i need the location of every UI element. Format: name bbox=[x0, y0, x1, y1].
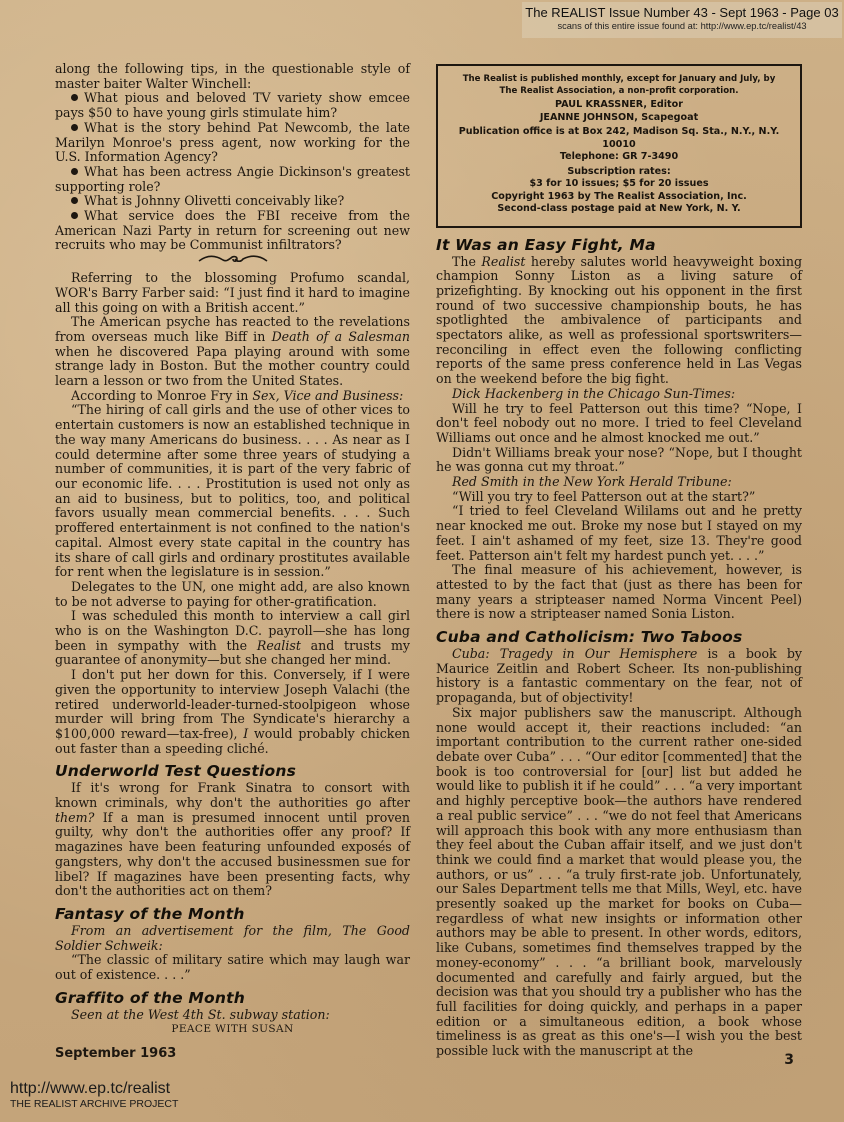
quote-paragraph: “The hiring of call girls and the use of… bbox=[55, 403, 410, 579]
bullet-icon bbox=[71, 94, 78, 101]
page-number: 3 bbox=[784, 1052, 794, 1068]
fantasy-intro: From an advertisement for the film, The … bbox=[55, 924, 410, 953]
valachi-paragraph: I don't put her down for this. Conversel… bbox=[55, 668, 410, 756]
graffito-heading: Graffito of the Month bbox=[55, 989, 410, 1007]
tip-item: What service does the FBI receive from t… bbox=[55, 209, 410, 253]
graffito-intro: Seen at the West 4th St. subway station: bbox=[55, 1008, 410, 1023]
fight-conclusion: The final measure of his achievement, ho… bbox=[436, 563, 802, 622]
call-girl-paragraph: I was scheduled this month to interview … bbox=[55, 609, 410, 668]
masthead-box: The Realist is published monthly, except… bbox=[436, 64, 802, 228]
copyright: Copyright 1963 by The Realist Associatio… bbox=[444, 191, 794, 204]
quote-paragraph: “I tried to feel Cleveland Wililams out … bbox=[436, 504, 802, 563]
scapegoat-credit: JEANNE JOHNSON, Scapegoat bbox=[444, 112, 794, 125]
quote-paragraph: Didn't Williams break your nose? “Nope, … bbox=[436, 446, 802, 475]
underworld-heading: Underworld Test Questions bbox=[55, 762, 410, 780]
quote-paragraph: “Will you try to feel Patterson out at t… bbox=[436, 490, 802, 505]
fantasy-quote: “The classic of military satire which ma… bbox=[55, 953, 410, 982]
delegates-paragraph: Delegates to the UN, one might add, are … bbox=[55, 580, 410, 609]
underworld-paragraph: If it's wrong for Frank Sinatra to conso… bbox=[55, 781, 410, 899]
source-red-smith: Red Smith in the New York Herald Tribune… bbox=[436, 475, 802, 490]
ornament-divider-icon bbox=[55, 253, 410, 269]
intro-text: along the following tips, in the questio… bbox=[55, 62, 410, 91]
monroe-fry-paragraph: According to Monroe Fry in Sex, Vice and… bbox=[55, 389, 410, 404]
banner-title: The REALIST Issue Number 43 - Sept 1963 … bbox=[522, 5, 842, 20]
bullet-icon bbox=[71, 212, 78, 219]
source-hackenberg: Dick Hackenberg in the Chicago Sun-Times… bbox=[436, 387, 802, 402]
postage: Second-class postage paid at New York, N… bbox=[444, 203, 794, 216]
archive-banner: The REALIST Issue Number 43 - Sept 1963 … bbox=[522, 2, 842, 38]
editor-credit: PAUL KRASSNER, Editor bbox=[444, 99, 794, 112]
fantasy-heading: Fantasy of the Month bbox=[55, 905, 410, 923]
office-address: Publication office is at Box 242, Madiso… bbox=[444, 126, 794, 151]
rates: $3 for 10 issues; $5 for 20 issues bbox=[444, 178, 794, 191]
banner-subtitle: scans of this entire issue found at: htt… bbox=[522, 20, 842, 32]
archive-url-link[interactable]: http://www.ep.tc/realist bbox=[10, 1080, 178, 1098]
tip-item: What pious and beloved TV variety show e… bbox=[55, 91, 410, 120]
cuba-paragraph: Cuba: Tragedy in Our Hemisphere is a boo… bbox=[436, 647, 802, 706]
tip-item: What has been actress Angie Dickinson's … bbox=[55, 165, 410, 194]
archive-footer: http://www.ep.tc/realist THE REALIST ARC… bbox=[10, 1080, 178, 1111]
bullet-icon bbox=[71, 197, 78, 204]
graffito-text: PEACE WITH SUSAN bbox=[55, 1022, 410, 1037]
issue-date: September 1963 bbox=[55, 1046, 176, 1061]
tip-item: What is Johnny Olivetti conceivably like… bbox=[55, 194, 410, 209]
fight-heading: It Was an Easy Fight, Ma bbox=[436, 236, 802, 254]
rates-label: Subscription rates: bbox=[444, 166, 794, 179]
masthead-line: The Realist Association, a non-profit co… bbox=[444, 86, 794, 98]
left-column: along the following tips, in the questio… bbox=[55, 62, 410, 1037]
archive-project-label: THE REALIST ARCHIVE PROJECT bbox=[10, 1098, 178, 1111]
cuba-heading: Cuba and Catholicism: Two Taboos bbox=[436, 628, 802, 646]
fight-paragraph: The Realist hereby salutes world heavywe… bbox=[436, 255, 802, 387]
tip-item: What is the story behind Pat Newcomb, th… bbox=[55, 121, 410, 165]
masthead-line: The Realist is published monthly, except… bbox=[444, 74, 794, 86]
telephone: Telephone: GR 7-3490 bbox=[444, 151, 794, 164]
bullet-icon bbox=[71, 124, 78, 131]
publishers-paragraph: Six major publishers saw the manuscript.… bbox=[436, 706, 802, 1059]
profumo-paragraph: Referring to the blossoming Profumo scan… bbox=[55, 271, 410, 315]
right-column: The Realist is published monthly, except… bbox=[436, 60, 802, 1059]
quote-paragraph: Will he try to feel Patterson out this t… bbox=[436, 402, 802, 446]
bullet-icon bbox=[71, 168, 78, 175]
psyche-paragraph: The American psyche has reacted to the r… bbox=[55, 315, 410, 389]
